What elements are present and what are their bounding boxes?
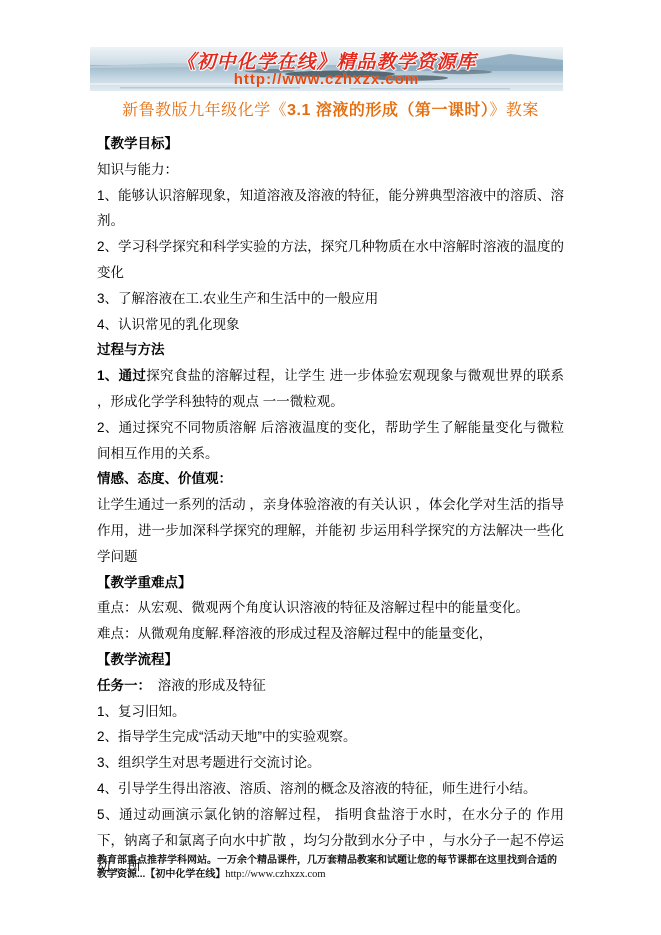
- site-banner: 《初中化学在线》精品教学资源库 http://www.czhxzx.com: [90, 47, 563, 91]
- footer-line-1: 教育部重点推荐学科网站。一万余个精品课件，几万套精品教案和试题让您的每节课都在这…: [97, 855, 557, 866]
- paragraph: 2、学习科学探究和科学实验的方法，探究几种物质在水中溶解时溶液的温度的变化: [97, 234, 564, 286]
- paragraph: 3、了解溶液在工.农业生产和生活中的一般应用: [97, 286, 564, 312]
- paragraph: 4、引导学生得出溶液、溶质、溶剂的概念及溶液的特征，师生进行小结。: [97, 776, 564, 802]
- footer-note: 教育部重点推荐学科网站。一万余个精品课件，几万套精品教案和试题让您的每节课都在这…: [97, 854, 567, 881]
- paragraph: 2、指导学生完成“活动天地”中的实验观察。: [97, 724, 564, 750]
- footer-line-2: 教学资源...【初中化学在线】: [97, 869, 225, 880]
- banner-title: 《初中化学在线》精品教学资源库: [176, 51, 476, 73]
- paragraph: 让学生通过一系列的活动 ，亲身体验溶液的有关认识 ，体会化学对生活的指导作用，进…: [97, 492, 564, 569]
- page-title-prefix: 新鲁教版九年级化学《: [122, 102, 287, 119]
- paragraph: 1、能够认识溶解现象，知道溶液及溶液的特征，能分辨典型溶液中的溶质、溶剂。: [97, 183, 564, 235]
- page-title-bold: 3.1 溶液的形成（第一课时）: [287, 102, 489, 119]
- paragraph: 【教学重难点】: [97, 570, 564, 596]
- banner-text: 《初中化学在线》精品教学资源库 http://www.czhxzx.com: [90, 47, 563, 91]
- paragraph: 任务一： 溶液的形成及特征: [97, 673, 564, 699]
- paragraph: 难点：从微观角度解.释溶液的形成过程及溶解过程中的能量变化，: [97, 621, 564, 647]
- banner-url-link[interactable]: http://www.czhxzx.com: [234, 71, 419, 88]
- paragraph: 2、通过探究不同物质溶解 后溶液温度的变化，帮助学生了解能量变化与微粒间相互作用…: [97, 415, 564, 467]
- page-title-suffix: 》教案: [489, 102, 539, 119]
- paragraph: 知识与能力：: [97, 157, 564, 183]
- document-page: 《初中化学在线》精品教学资源库 http://www.czhxzx.com 新鲁…: [0, 0, 661, 935]
- paragraph: 1、通过探究食盐的溶解过程，让学生 进一步体验宏观现象与微观世界的联系 ，形成化…: [97, 363, 564, 415]
- paragraph: 1、复习旧知。: [97, 699, 564, 725]
- paragraph: 情感、态度、价值观：: [97, 466, 564, 492]
- paragraph: 4、认识常见的乳化现象: [97, 312, 564, 338]
- paragraph: 3、组织学生对思考题进行交流讨论。: [97, 750, 564, 776]
- page-title: 新鲁教版九年级化学《3.1 溶液的形成（第一课时）》教案: [0, 98, 661, 124]
- paragraph: 【教学目标】: [97, 131, 564, 157]
- document-body: 【教学目标】知识与能力：1、能够认识溶解现象，知道溶液及溶液的特征，能分辨典型溶…: [97, 131, 564, 879]
- paragraph: 【教学流程】: [97, 647, 564, 673]
- paragraph: 过程与方法: [97, 337, 564, 363]
- footer-url-link[interactable]: http://www.czhxzx.com: [225, 869, 325, 880]
- paragraph: 重点：从宏观、微观两个角度认识溶液的特征及溶解过程中的能量变化。: [97, 595, 564, 621]
